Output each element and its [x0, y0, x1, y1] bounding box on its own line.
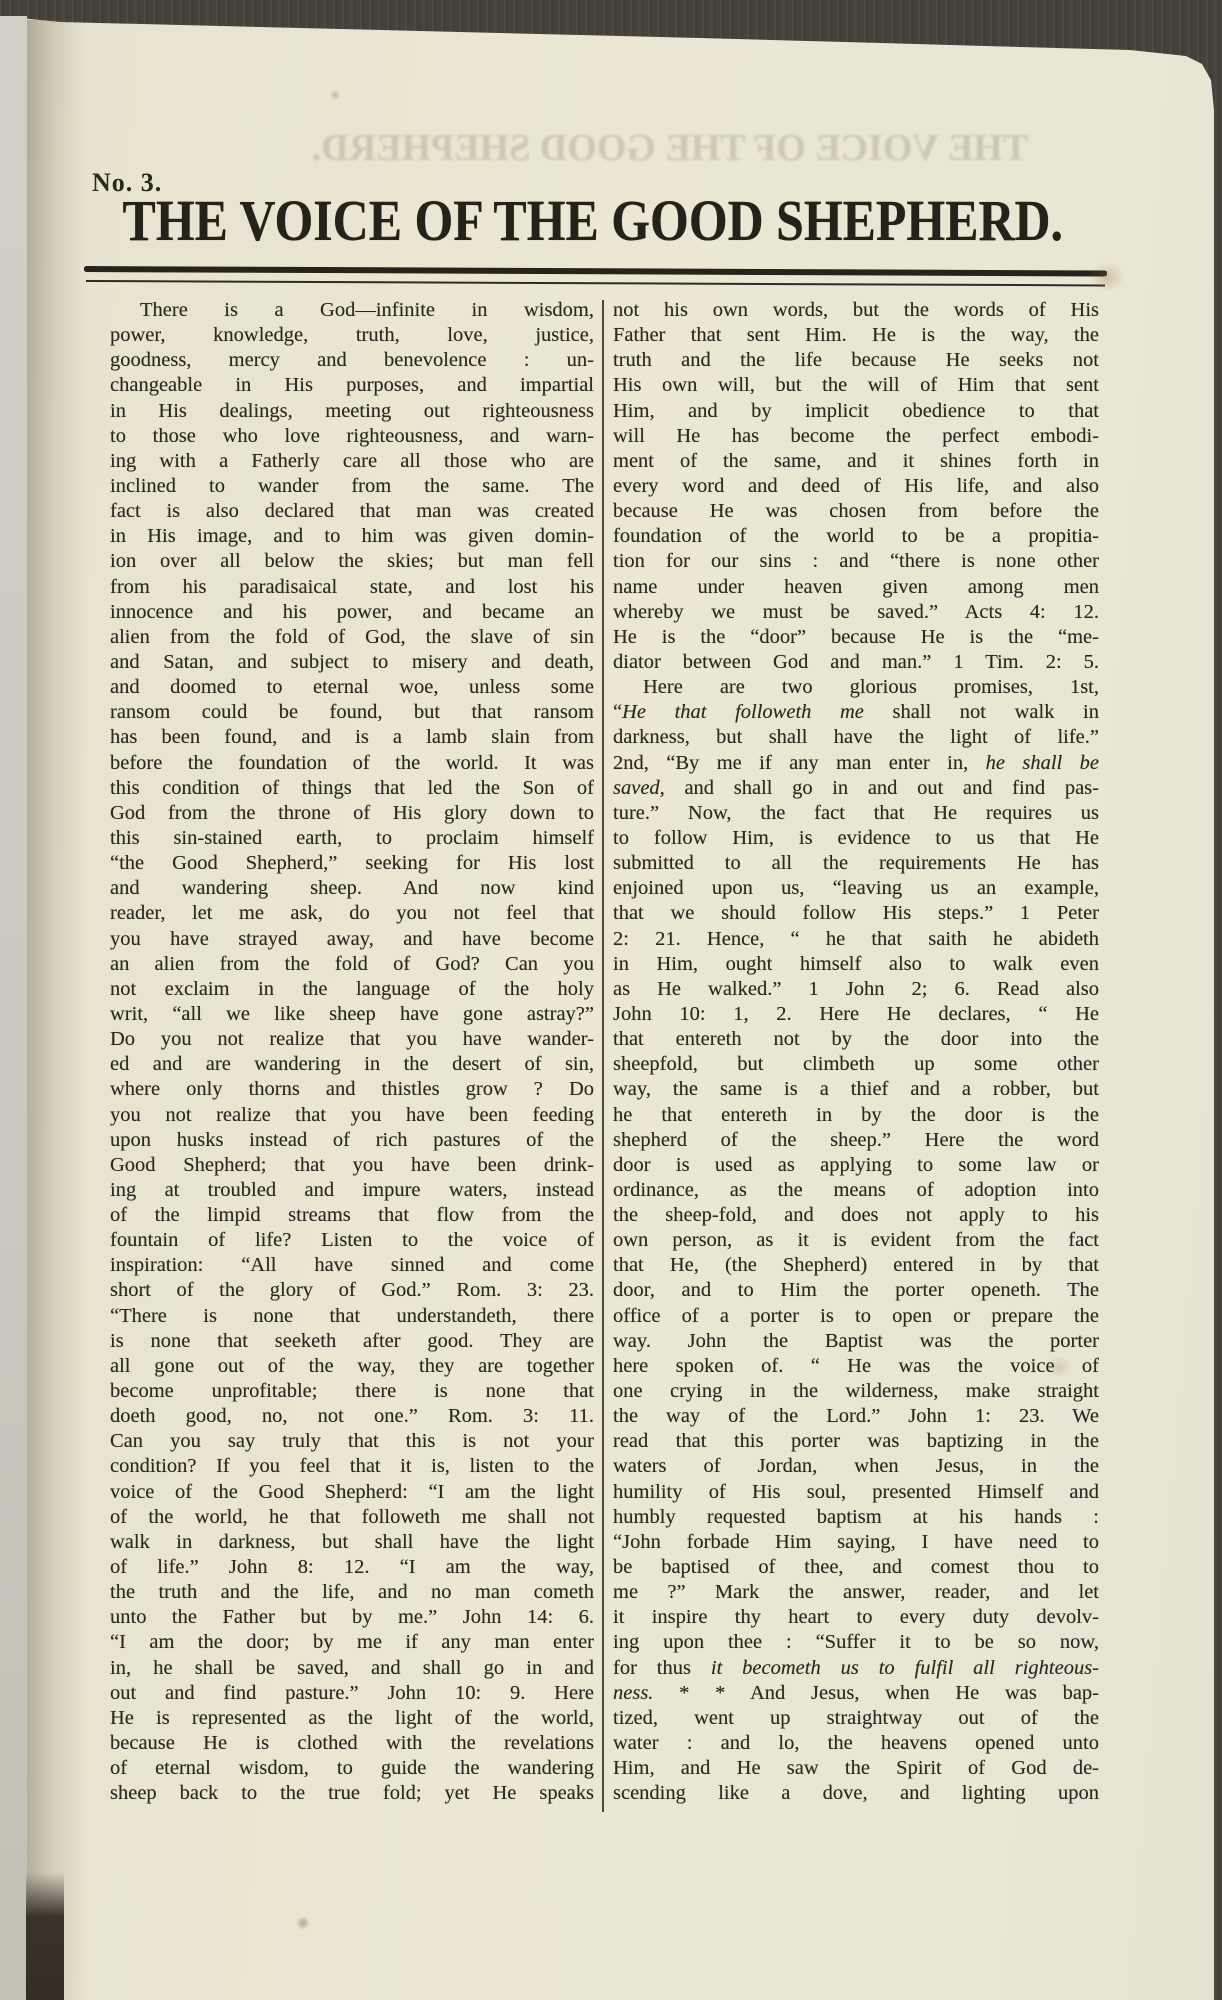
text-line: it inspire thy heart to every duty devol… — [613, 1605, 1099, 1630]
text-line: ture.” Now, the fact that He requires us — [613, 801, 1099, 826]
text-line: every word and deed of His life, and als… — [613, 474, 1099, 499]
text-line: way, the same is a thief and a robber, b… — [613, 1077, 1099, 1102]
text-line: whereby we must be saved.” Acts 4: 12. — [613, 600, 1099, 625]
text-line: this condition of things that led the So… — [110, 776, 594, 801]
text-line: He is represented as the light of the wo… — [110, 1706, 594, 1731]
text-line: saved, and shall go in and out and find … — [613, 776, 1099, 801]
page-title: THE VOICE OF THE GOOD SHEPHERD. — [0, 192, 1185, 250]
table-surface-patch — [26, 1872, 64, 2000]
text-line: here spoken of. “ He was the voice of — [613, 1354, 1099, 1379]
text-line: inclined to wander from the same. The — [110, 474, 594, 499]
text-line: diator between God and man.” 1 Tim. 2: 5… — [613, 650, 1099, 675]
text-line: scending like a dove, and lighting upon — [613, 1781, 1099, 1806]
text-line: of the limpid streams that flow from the — [110, 1203, 594, 1228]
text-line: one crying in the wilderness, make strai… — [613, 1379, 1099, 1404]
text-line: fact is also declared that man was creat… — [110, 499, 594, 524]
text-line: Do you not realize that you have wander- — [110, 1027, 594, 1052]
text-line: that He, (the Shepherd) entered in by th… — [613, 1253, 1099, 1278]
text-line: as He walked.” 1 John 2; 6. Read also — [613, 977, 1099, 1002]
text-line: “I am the door; by me if any man enter — [110, 1630, 594, 1655]
adjacent-page-edge — [0, 16, 27, 2000]
text-line: God from the throne of His glory down to — [110, 801, 594, 826]
text-line: because He was chosen from before the — [613, 499, 1099, 524]
text-line: an alien from the fold of God? Can you — [110, 952, 594, 977]
book-page: THE VOICE OF THE GOOD SHEPHERD. No. 3. T… — [0, 0, 1217, 2000]
text-line: of eternal wisdom, to guide the wanderin… — [110, 1756, 594, 1781]
text-line: sheep back to the true fold; yet He spea… — [110, 1781, 594, 1806]
text-line: Can you say truly that this is not your — [110, 1429, 594, 1454]
text-column-right: not his own words, but the words of HisF… — [613, 298, 1099, 1806]
text-line: become unprofitable; there is none that — [110, 1379, 594, 1404]
text-line: in His dealings, meeting out righteousne… — [110, 399, 594, 424]
text-line: is none that seeketh after good. They ar… — [110, 1329, 594, 1354]
text-line: short of the glory of God.” Rom. 3: 23. — [110, 1278, 594, 1303]
text-line: be baptised of thee, and comest thou to — [613, 1555, 1099, 1580]
text-line: power, knowledge, truth, love, justice, — [110, 323, 594, 348]
text-line: in Him, ought himself also to walk even — [613, 952, 1099, 977]
text-line: His own will, but the will of Him that s… — [613, 373, 1099, 398]
paper-stain — [296, 1916, 310, 1930]
text-line: this sin-stained earth, to proclaim hims… — [110, 826, 594, 851]
text-line: read that this porter was baptizing in t… — [613, 1429, 1099, 1454]
text-line: John 10: 1, 2. Here He declares, “ He — [613, 1002, 1099, 1027]
text-line: not his own words, but the words of His — [613, 298, 1099, 323]
paper-stain — [1090, 262, 1124, 292]
text-line: and doomed to eternal woe, unless some — [110, 675, 594, 700]
text-line: ness. * * And Jesus, when He was bap- — [613, 1681, 1099, 1706]
text-line: Good Shepherd; that you have been drink- — [110, 1153, 594, 1178]
text-line: innocence and his power, and became an — [110, 600, 594, 625]
text-line: ing with a Fatherly care all those who a… — [110, 449, 594, 474]
text-line: has been found, and is a lamb slain from — [110, 725, 594, 750]
text-line: from his paradisaical state, and lost hi… — [110, 575, 594, 600]
text-line: will He has become the perfect embodi- — [613, 424, 1099, 449]
text-line: of the world, he that followeth me shall… — [110, 1505, 594, 1530]
text-line: that we should follow His steps.” 1 Pete… — [613, 901, 1099, 926]
text-line: changeable in His purposes, and impartia… — [110, 373, 594, 398]
text-line: fountain of life? Listen to the voice of — [110, 1228, 594, 1253]
text-column-left: There is a God—infinite in wisdom,power,… — [110, 298, 594, 1806]
text-line: in, he shall be saved, and shall go in a… — [110, 1656, 594, 1681]
text-line: because He is clothed with the revelatio… — [110, 1731, 594, 1756]
text-line: he that entereth in by the door is the — [613, 1103, 1099, 1128]
text-line: all gone out of the way, they are togeth… — [110, 1354, 594, 1379]
column-divider-rule — [602, 300, 604, 1812]
text-line: humbly requested baptism at his hands : — [613, 1505, 1099, 1530]
text-line: Father that sent Him. He is the way, the — [613, 323, 1099, 348]
text-line: 2nd, “By me if any man enter in, he shal… — [613, 751, 1099, 776]
text-line: ing at troubled and impure waters, inste… — [110, 1178, 594, 1203]
text-line: reader, let me ask, do you not feel that — [110, 901, 594, 926]
text-line: sheepfold, but climbeth up some other — [613, 1052, 1099, 1077]
title-show-through: THE VOICE OF THE GOOD SHEPHERD. — [230, 126, 1110, 170]
text-line: the way of the Lord.” John 1: 23. We — [613, 1404, 1099, 1429]
text-line: goodness, mercy and benevolence : un- — [110, 348, 594, 373]
text-line: own person, as it is evident from the fa… — [613, 1228, 1099, 1253]
paper-stain — [1046, 1356, 1072, 1378]
text-line: shepherd of the sheep.” Here the word — [613, 1128, 1099, 1153]
text-line: me ?” Mark the answer, reader, and let — [613, 1580, 1099, 1605]
text-line: way. John the Baptist was the porter — [613, 1329, 1099, 1354]
text-line: He is the “door” because He is the “me- — [613, 625, 1099, 650]
title-rule-thick — [84, 266, 1107, 276]
text-line: ransom could be found, but that ransom — [110, 700, 594, 725]
text-line: tion for our sins : and “there is none o… — [613, 549, 1099, 574]
title-rule-thin — [86, 280, 1105, 286]
text-line: unto the Father but by me.” John 14: 6. — [110, 1605, 594, 1630]
text-line: walk in darkness, but shall have the lig… — [110, 1530, 594, 1555]
text-line: ordinance, as the means of adoption into — [613, 1178, 1099, 1203]
text-line: not exclaim in the language of the holy — [110, 977, 594, 1002]
text-line: for thus it becometh us to fulfil all ri… — [613, 1656, 1099, 1681]
text-line: the truth and the life, and no man comet… — [110, 1580, 594, 1605]
text-line: and Satan, and subject to misery and dea… — [110, 650, 594, 675]
text-line: “the Good Shepherd,” seeking for His los… — [110, 851, 594, 876]
text-line: before the foundation of the world. It w… — [110, 751, 594, 776]
text-line: to follow Him, is evidence to us that He — [613, 826, 1099, 851]
text-line: you have strayed away, and have become — [110, 927, 594, 952]
text-line: foundation of the world to be a propitia… — [613, 524, 1099, 549]
text-line: tized, went up straightway out of the — [613, 1706, 1099, 1731]
text-line: Him, and by implicit obedience to that — [613, 399, 1099, 424]
paper-stain — [330, 90, 340, 100]
text-line: Here are two glorious promises, 1st, — [613, 675, 1099, 700]
text-line: of life.” John 8: 12. “I am the way, — [110, 1555, 594, 1580]
text-line: 2: 21. Hence, “ he that saith he abideth — [613, 927, 1099, 952]
page-title-text: THE VOICE OF THE GOOD SHEPHERD. — [122, 192, 1062, 250]
text-line: Him, and He saw the Spirit of God de- — [613, 1756, 1099, 1781]
text-line: There is a God—infinite in wisdom, — [110, 298, 594, 323]
text-line: enjoined upon us, “leaving us an example… — [613, 876, 1099, 901]
text-line: inspiration: “All have sinned and come — [110, 1253, 594, 1278]
text-line: “There is none that understandeth, there — [110, 1304, 594, 1329]
text-line: water : and lo, the heavens opened unto — [613, 1731, 1099, 1756]
text-line: ing upon thee : “Suffer it to be so now, — [613, 1630, 1099, 1655]
text-line: ment of the same, and it shines forth in — [613, 449, 1099, 474]
text-line: “He that followeth me shall not walk in — [613, 700, 1099, 725]
text-line: in His image, and to him was given domin… — [110, 524, 594, 549]
text-line: voice of the Good Shepherd: “I am the li… — [110, 1480, 594, 1505]
text-line: you not realize that you have been feedi… — [110, 1103, 594, 1128]
text-line: and wandering sheep. And now kind — [110, 876, 594, 901]
text-line: upon husks instead of rich pastures of t… — [110, 1128, 594, 1153]
text-line: truth and the life because He seeks not — [613, 348, 1099, 373]
photo-of-book-page: { "colors": { "paper": "#eae6d3", "ink":… — [0, 0, 1222, 2000]
text-line: the sheep-fold, and does not apply to hi… — [613, 1203, 1099, 1228]
text-line: to those who love righteousness, and war… — [110, 424, 594, 449]
gutter-shadow — [27, 20, 87, 2000]
text-line: doeth good, no, not one.” Rom. 3: 11. — [110, 1404, 594, 1429]
text-line: condition? If you feel that it is, liste… — [110, 1454, 594, 1479]
text-line: humility of His soul, presented Himself … — [613, 1480, 1099, 1505]
text-line: darkness, but shall have the light of li… — [613, 725, 1099, 750]
text-line: writ, “all we like sheep have gone astra… — [110, 1002, 594, 1027]
text-line: ed and are wandering in the desert of si… — [110, 1052, 594, 1077]
text-line: alien from the fold of God, the slave of… — [110, 625, 594, 650]
text-line: door, and to Him the porter openeth. The — [613, 1278, 1099, 1303]
text-line: office of a porter is to open or prepare… — [613, 1304, 1099, 1329]
text-line: ion over all below the skies; but man fe… — [110, 549, 594, 574]
text-line: that entereth not by the door into the — [613, 1027, 1099, 1052]
text-line: “John forbade Him saying, I have need to — [613, 1530, 1099, 1555]
text-line: out and find pasture.” John 10: 9. Here — [110, 1681, 594, 1706]
text-line: submitted to all the requirements He has — [613, 851, 1099, 876]
text-line: waters of Jordan, when Jesus, in the — [613, 1454, 1099, 1479]
text-line: where only thorns and thistles grow ? Do — [110, 1077, 594, 1102]
text-line: name under heaven given among men — [613, 575, 1099, 600]
text-line: door is used as applying to some law or — [613, 1153, 1099, 1178]
